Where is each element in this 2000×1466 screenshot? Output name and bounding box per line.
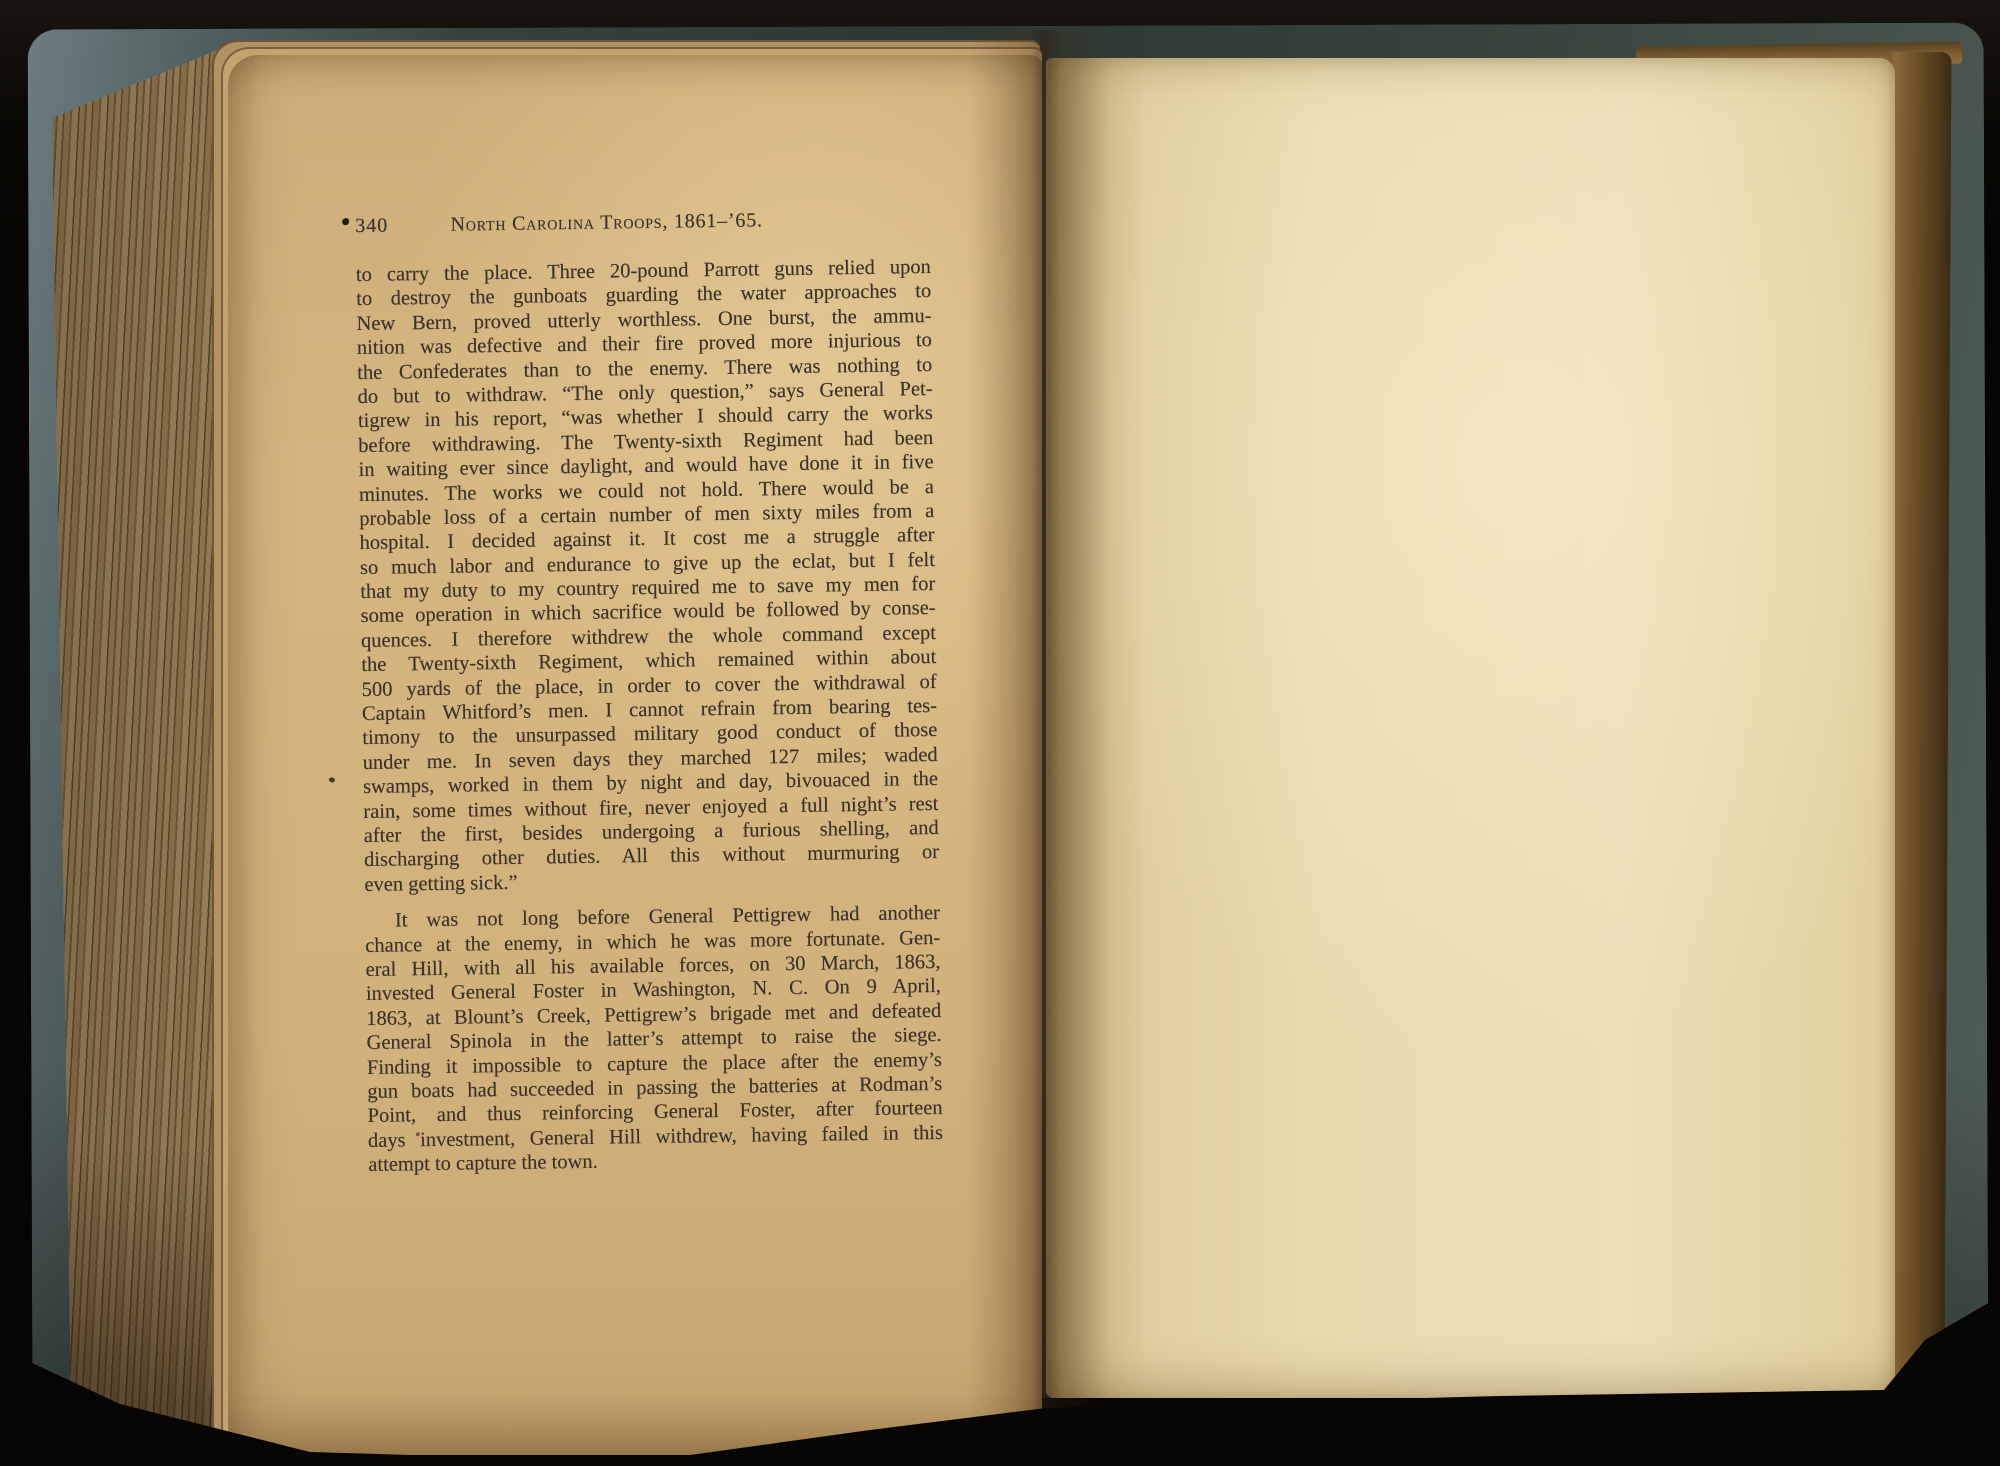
text-column: 340 North Carolina Troops, 1861–’65. to … [355, 207, 943, 1177]
right-page-blank [1046, 58, 1895, 1398]
book-scan: 340 North Carolina Troops, 1861–’65. to … [0, 0, 2000, 1466]
ink-speck [342, 218, 349, 225]
gutter-shadow [968, 30, 1133, 1430]
paragraph: It was not long before General Pettigrew… [365, 901, 944, 1177]
ink-speck [416, 1132, 420, 1136]
body-text: to carry the place. Three 20-pound Parro… [356, 255, 944, 1177]
paragraph: to carry the place. Three 20-pound Parro… [356, 255, 940, 897]
